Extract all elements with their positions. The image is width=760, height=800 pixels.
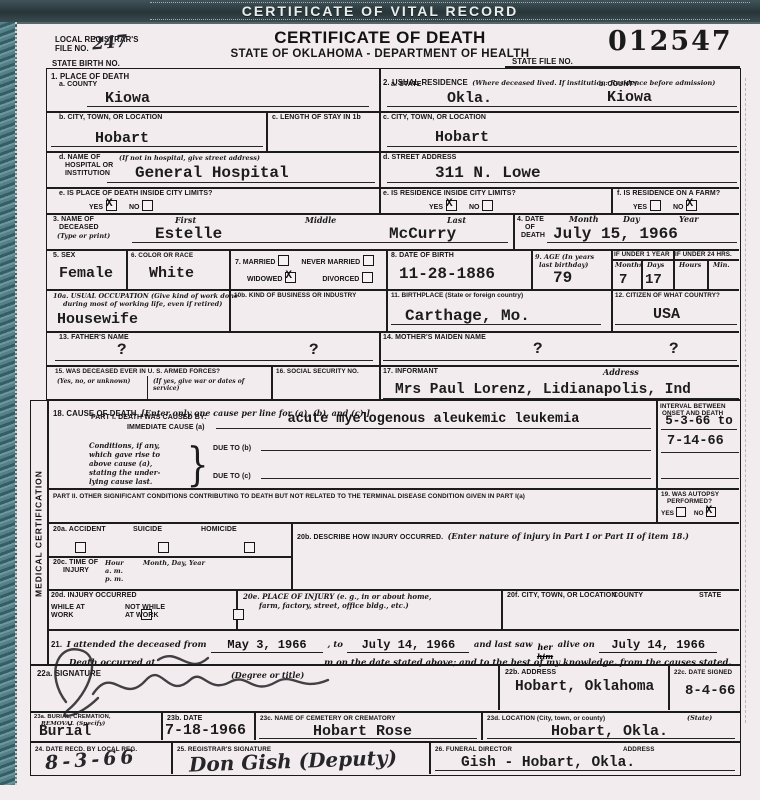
immediate-cause-value: acute myelogenous aleukemic leukemia	[216, 412, 651, 427]
checkbox-2e-no	[482, 200, 493, 211]
divider	[501, 589, 503, 629]
divider	[429, 743, 431, 774]
pm-label: p. m.	[105, 575, 123, 583]
immediate-cause-label: IMMEDIATE CAUSE (a)	[127, 424, 205, 431]
conditions-line: stating the under-	[89, 468, 160, 477]
due-to-c-label: DUE TO (c)	[213, 473, 251, 480]
no-label: NO	[469, 204, 480, 211]
informant-address-label: Address	[603, 367, 639, 377]
field-19-label2: PERFORMED?	[667, 498, 712, 505]
divider	[171, 743, 173, 774]
entry-line	[51, 127, 263, 147]
attended-to-value: July 14, 1966	[347, 638, 469, 653]
married-label: MARRIED	[243, 259, 276, 266]
divider	[379, 331, 381, 401]
yes-label: YES	[429, 204, 443, 211]
last-alive-value: July 14, 1966	[599, 638, 717, 653]
field-20b-hint: (Enter nature of injury in Part I or Par…	[448, 531, 689, 541]
burial-location-value: Hobart, Okla.	[551, 723, 668, 740]
while-at-work-label2: WORK	[51, 612, 74, 619]
divider	[266, 111, 268, 151]
divider	[379, 69, 381, 213]
field-20e-label: 20e. PLACE OF INJURY (e. g., in or about…	[243, 592, 431, 601]
checkbox-divorced	[362, 272, 373, 283]
divider	[707, 259, 709, 289]
funeral-director-value: Gish - Hobart, Okla.	[461, 755, 635, 771]
field-1d-label3: INSTITUTION	[65, 170, 110, 177]
field-5-label: 5. SEX	[53, 252, 75, 259]
registrar-file-label2: FILE NO.	[55, 44, 89, 53]
phrase-last-saw: and last saw	[474, 640, 533, 650]
field-20c-label: 20c. TIME OF	[53, 559, 98, 566]
field-3-label: 3. NAME OF	[53, 216, 94, 223]
entry-line	[55, 341, 373, 361]
race-value: White	[149, 265, 194, 282]
widowed-label: WIDOWED	[247, 276, 282, 283]
fold-line	[745, 78, 746, 723]
field-1-title: 1. PLACE OF DEATH	[51, 72, 129, 81]
entry-line: acute myelogenous aleukemic leukemia	[216, 411, 651, 429]
conditions-brace: }	[187, 437, 209, 491]
field-2c-label: c. CITY, TOWN, OR LOCATION	[383, 114, 486, 121]
yes-label: YES	[89, 204, 103, 211]
field-2b-value: Kiowa	[607, 89, 652, 106]
field-2c-value: Hobart	[435, 129, 489, 146]
father-name-value-left: ?	[117, 341, 127, 359]
field-15-hint1: (Yes, no, or unknown)	[57, 378, 130, 385]
divider	[126, 249, 128, 289]
conditions-line: above cause (a),	[89, 459, 160, 468]
not-while-at-work-label: NOT WHILE	[125, 604, 165, 611]
checkbox-suicide	[158, 542, 169, 553]
checkbox-1e-yes: X	[106, 200, 117, 211]
divider	[47, 556, 291, 558]
burial-value: Burial	[39, 724, 91, 740]
field-13-label: 13. FATHER'S NAME	[59, 334, 129, 341]
entry-line	[661, 471, 739, 479]
checkbox-2f-yes	[650, 200, 661, 211]
burial-date-value: 7-18-1966	[165, 722, 246, 739]
months-label: Months	[615, 261, 643, 269]
divider	[531, 249, 533, 289]
checkbox-mark: X	[446, 198, 453, 210]
checkbox-married	[278, 255, 289, 266]
field-7-row1: 7. MARRIED NEVER MARRIED	[235, 255, 384, 266]
death-certificate-document: CERTIFICATE OF VITAL RECORD LOCAL REGIST…	[0, 0, 760, 800]
checkbox-not-while-at-work	[233, 609, 244, 620]
state-file-no-label: STATE FILE NO.	[512, 57, 573, 66]
divorced-label: DIVORCED	[322, 276, 359, 283]
field-19-answer: YES NOX	[661, 507, 716, 517]
checkbox-mark: X	[285, 270, 292, 282]
divider	[611, 249, 613, 331]
county-label: COUNTY	[613, 592, 643, 599]
informant-value: Mrs Paul Lorenz, Lidianapolis, Ind	[395, 382, 691, 398]
field-4-label3: DEATH	[521, 232, 545, 239]
field-2f-label: f. IS RESIDENCE ON A FARM?	[617, 190, 720, 197]
sex-value: Female	[59, 265, 113, 282]
field-4-label: 4. DATE	[517, 216, 544, 223]
checkbox-homicide	[244, 542, 255, 553]
yes-label: YES	[633, 204, 647, 211]
divider	[611, 187, 613, 213]
divider	[498, 665, 500, 710]
divider	[271, 365, 273, 401]
field-2e-answer: YESX NO	[429, 200, 503, 211]
mother-name-value-right: ?	[669, 340, 679, 358]
field-17-label: 17. INFORMANT	[383, 368, 438, 375]
part2-label: PART II. OTHER SIGNIFICANT CONDITIONS CO…	[53, 493, 525, 500]
part1-label: PART I. DEATH WAS CAUSED BY:	[91, 414, 207, 421]
form-region-registrar: 24. DATE RECD. BY LOCAL REG. 8-3-66 25. …	[30, 742, 741, 776]
occupation-value: Housewife	[57, 311, 138, 328]
field-9-label2: last birthday)	[539, 261, 588, 269]
due-to-b-label: DUE TO (b)	[213, 445, 251, 452]
interval-value-1: 5-3-66 to	[661, 414, 737, 428]
vital-record-banner: CERTIFICATE OF VITAL RECORD	[0, 0, 760, 24]
entry-line	[383, 341, 737, 361]
age-value: 79	[553, 269, 572, 287]
field-10b-label: 10b. KIND OF BUSINESS OR INDUSTRY	[234, 292, 356, 299]
field-20e-label2: farm, factory, street, office bldg., etc…	[259, 601, 409, 610]
field-1a-value: Kiowa	[105, 90, 150, 107]
field-4-label2: OF	[525, 224, 535, 231]
no-label: NO	[694, 510, 704, 517]
field-2d-label: d. STREET ADDRESS	[383, 154, 456, 161]
checkbox-autopsy-yes	[676, 507, 686, 517]
conditions-note: Conditions, if any, which gave rise to a…	[89, 441, 160, 486]
field-8-label: 8. DATE OF BIRTH	[391, 252, 454, 259]
checkbox-mark: X	[106, 198, 113, 210]
checkbox-mark: X	[686, 198, 693, 210]
field-2e-label: e. IS RESIDENCE INSIDE CITY LIMITS?	[383, 190, 516, 197]
divider	[386, 249, 388, 331]
divider	[47, 289, 739, 291]
divider	[47, 151, 739, 153]
document-title: CERTIFICATE OF DEATH	[230, 28, 530, 48]
field-20c-label2: INJURY	[63, 567, 89, 574]
divider	[47, 629, 739, 631]
checkbox-widowed: X	[285, 272, 296, 283]
field-1d-label: d. NAME OF	[59, 154, 100, 161]
divider	[47, 401, 49, 664]
divider	[291, 522, 293, 589]
divider	[668, 665, 670, 710]
field-1e-answer: YESX NO	[89, 200, 163, 211]
field-19-label: 19. WAS AUTOPSY	[661, 491, 719, 498]
state-label: STATE	[699, 592, 721, 599]
field-2a-value: Okla.	[447, 90, 492, 107]
field-1d-hint: (If not in hospital, give street address…	[119, 154, 260, 162]
entry-line: 5-3-66 to	[661, 415, 737, 430]
field-7-row2: WIDOWEDX DIVORCED	[247, 272, 383, 283]
checkbox-never-married	[363, 255, 374, 266]
banner-title: CERTIFICATE OF VITAL RECORD	[242, 3, 518, 19]
checkbox-2e-yes: X	[446, 200, 457, 211]
hour-label: Hour	[105, 559, 124, 567]
entry-line	[261, 435, 651, 451]
field-20b-label: 20b. DESCRIBE HOW INJURY OCCURRED.	[297, 534, 443, 541]
entry-line	[261, 463, 651, 479]
field-3-label2: DECEASED	[59, 224, 99, 231]
field-9-label: 9. AGE (In years	[535, 253, 594, 261]
field-1b-value: Hobart	[95, 130, 149, 147]
divider	[513, 213, 515, 249]
field-1e-label: e. IS PLACE OF DEATH INSIDE CITY LIMITS?	[59, 190, 212, 197]
divider	[47, 111, 739, 113]
am-label: a. m.	[105, 567, 123, 575]
divider	[47, 488, 739, 490]
field-20f-label: 20f. CITY, TOWN, OR LOCATION	[507, 592, 617, 599]
field-1c-label: c. LENGTH OF STAY IN 1b	[272, 114, 361, 121]
funeral-address-label: ADDRESS	[623, 746, 655, 753]
field-1d-value: General Hospital	[135, 164, 289, 182]
registrar-file-number: 247	[91, 31, 128, 54]
conditions-line: Conditions, if any,	[89, 441, 160, 450]
conditions-line: lying cause last.	[89, 477, 160, 486]
divider	[147, 376, 148, 401]
field-16-label: 16. SOCIAL SECURITY NO.	[276, 368, 359, 375]
medical-certification-side-label: MEDICAL CERTIFICATION	[31, 419, 46, 649]
field-10a-label: 10a. USUAL OCCUPATION (Give kind of work…	[53, 292, 238, 300]
field-2d-value: 311 N. Lowe	[435, 164, 541, 182]
month-day-year-label: Month, Day, Year	[143, 559, 205, 567]
divider	[47, 589, 739, 591]
checkbox-accident	[75, 542, 86, 553]
entry-line	[387, 87, 737, 107]
divider	[229, 249, 231, 331]
conditions-line: which gave rise to	[89, 450, 160, 459]
citizen-value: USA	[653, 306, 680, 323]
no-label: NO	[129, 204, 140, 211]
field-2-title-hint: (Where deceased lived. If institution: R…	[472, 79, 715, 87]
her-word: her	[538, 642, 553, 652]
entry-line	[661, 445, 739, 453]
divider	[47, 522, 739, 524]
not-while-at-work-label2: AT WORK	[125, 612, 159, 619]
field-10a-label2: during most of working life, even if ret…	[63, 300, 222, 308]
physician-signature	[38, 636, 348, 722]
field-22b-label: 22b. ADDRESS	[505, 669, 556, 676]
phrase-alive-on: alive on	[558, 640, 595, 650]
days-value: 17	[645, 272, 662, 288]
no-label: NO	[673, 204, 684, 211]
state-birth-no-label: STATE BIRTH NO.	[52, 59, 120, 68]
birthplace-value: Carthage, Mo.	[405, 307, 530, 325]
interval-label1: INTERVAL BETWEEN	[660, 403, 726, 410]
field-22c-label: 22c. DATE SIGNED	[674, 669, 732, 676]
last-name-value: McCurry	[389, 225, 456, 243]
cemetery-value: Hobart Rose	[313, 723, 412, 740]
field-20d-label: 20d. INJURY OCCURRED	[51, 592, 137, 599]
date-signed-value: 8-4-66	[685, 683, 735, 699]
field-11-label: 11. BIRTHPLACE (State or foreign country…	[391, 292, 523, 299]
date-of-death-value: July 15, 1966	[553, 225, 678, 243]
field-7-number: 7.	[235, 259, 241, 266]
hours-label: Hours	[679, 261, 701, 269]
divider	[47, 331, 739, 333]
document-subtitle: STATE OF OKLAHOMA - DEPARTMENT OF HEALTH	[200, 48, 560, 60]
field-12-label: 12. CITIZEN OF WHAT COUNTRY?	[615, 292, 720, 299]
never-married-label: NEVER MARRIED	[301, 259, 360, 266]
field-20a-label: 20a. ACCIDENT	[53, 526, 106, 533]
checkbox-autopsy-no: X	[706, 507, 716, 517]
field-1b-label: b. CITY, TOWN, OR LOCATION	[59, 114, 162, 121]
while-at-work-label: WHILE AT	[51, 604, 85, 611]
homicide-label: HOMICIDE	[201, 526, 237, 533]
form-region-medical: MEDICAL CERTIFICATION 18. CAUSE OF DEATH…	[30, 400, 741, 666]
checkbox-mark: X	[706, 505, 713, 517]
checkbox-1e-no	[142, 200, 153, 211]
under-1yr-label: IF UNDER 1 YEAR	[614, 251, 670, 258]
field-15-hint2: (If yes, give war or dates of service)	[153, 378, 265, 392]
father-name-value-right: ?	[309, 341, 319, 359]
months-value: 7	[619, 272, 627, 288]
mother-name-value-left: ?	[533, 340, 543, 358]
field-3-label3: (Type or print)	[57, 232, 110, 240]
divider	[481, 713, 483, 740]
first-name-value: Estelle	[155, 225, 222, 243]
field-2f-answer: YES NOX	[633, 200, 707, 211]
field-20b-title-row: 20b. DESCRIBE HOW INJURY OCCURRED. (Ente…	[297, 526, 689, 544]
divider	[656, 401, 658, 488]
field-15-label: 15. WAS DECEASED EVER IN U. S. ARMED FOR…	[55, 368, 220, 375]
field-6-label: 6. COLOR OR RACE	[131, 252, 193, 259]
date-of-birth-value: 11-28-1886	[399, 265, 495, 283]
certificate-number: 012547	[608, 26, 733, 57]
yes-label: YES	[661, 510, 674, 517]
suicide-label: SUICIDE	[133, 526, 162, 533]
under-24h-label: IF UNDER 24 HRS.	[675, 251, 732, 258]
field-14-label: 14. MOTHER'S MAIDEN NAME	[383, 334, 486, 341]
divider	[47, 187, 739, 189]
form-region-main: 1. PLACE OF DEATH a. COUNTY Kiowa 2. USU…	[46, 68, 741, 400]
divider	[656, 488, 658, 522]
days-label: Days	[647, 261, 664, 269]
min-label: Min.	[713, 261, 730, 269]
field-26-label: 26. FUNERAL DIRECTOR	[435, 746, 512, 753]
checkbox-2f-no: X	[686, 200, 697, 211]
security-border-strip	[0, 22, 17, 785]
physician-address-value: Hobart, Oklahoma	[515, 679, 654, 695]
